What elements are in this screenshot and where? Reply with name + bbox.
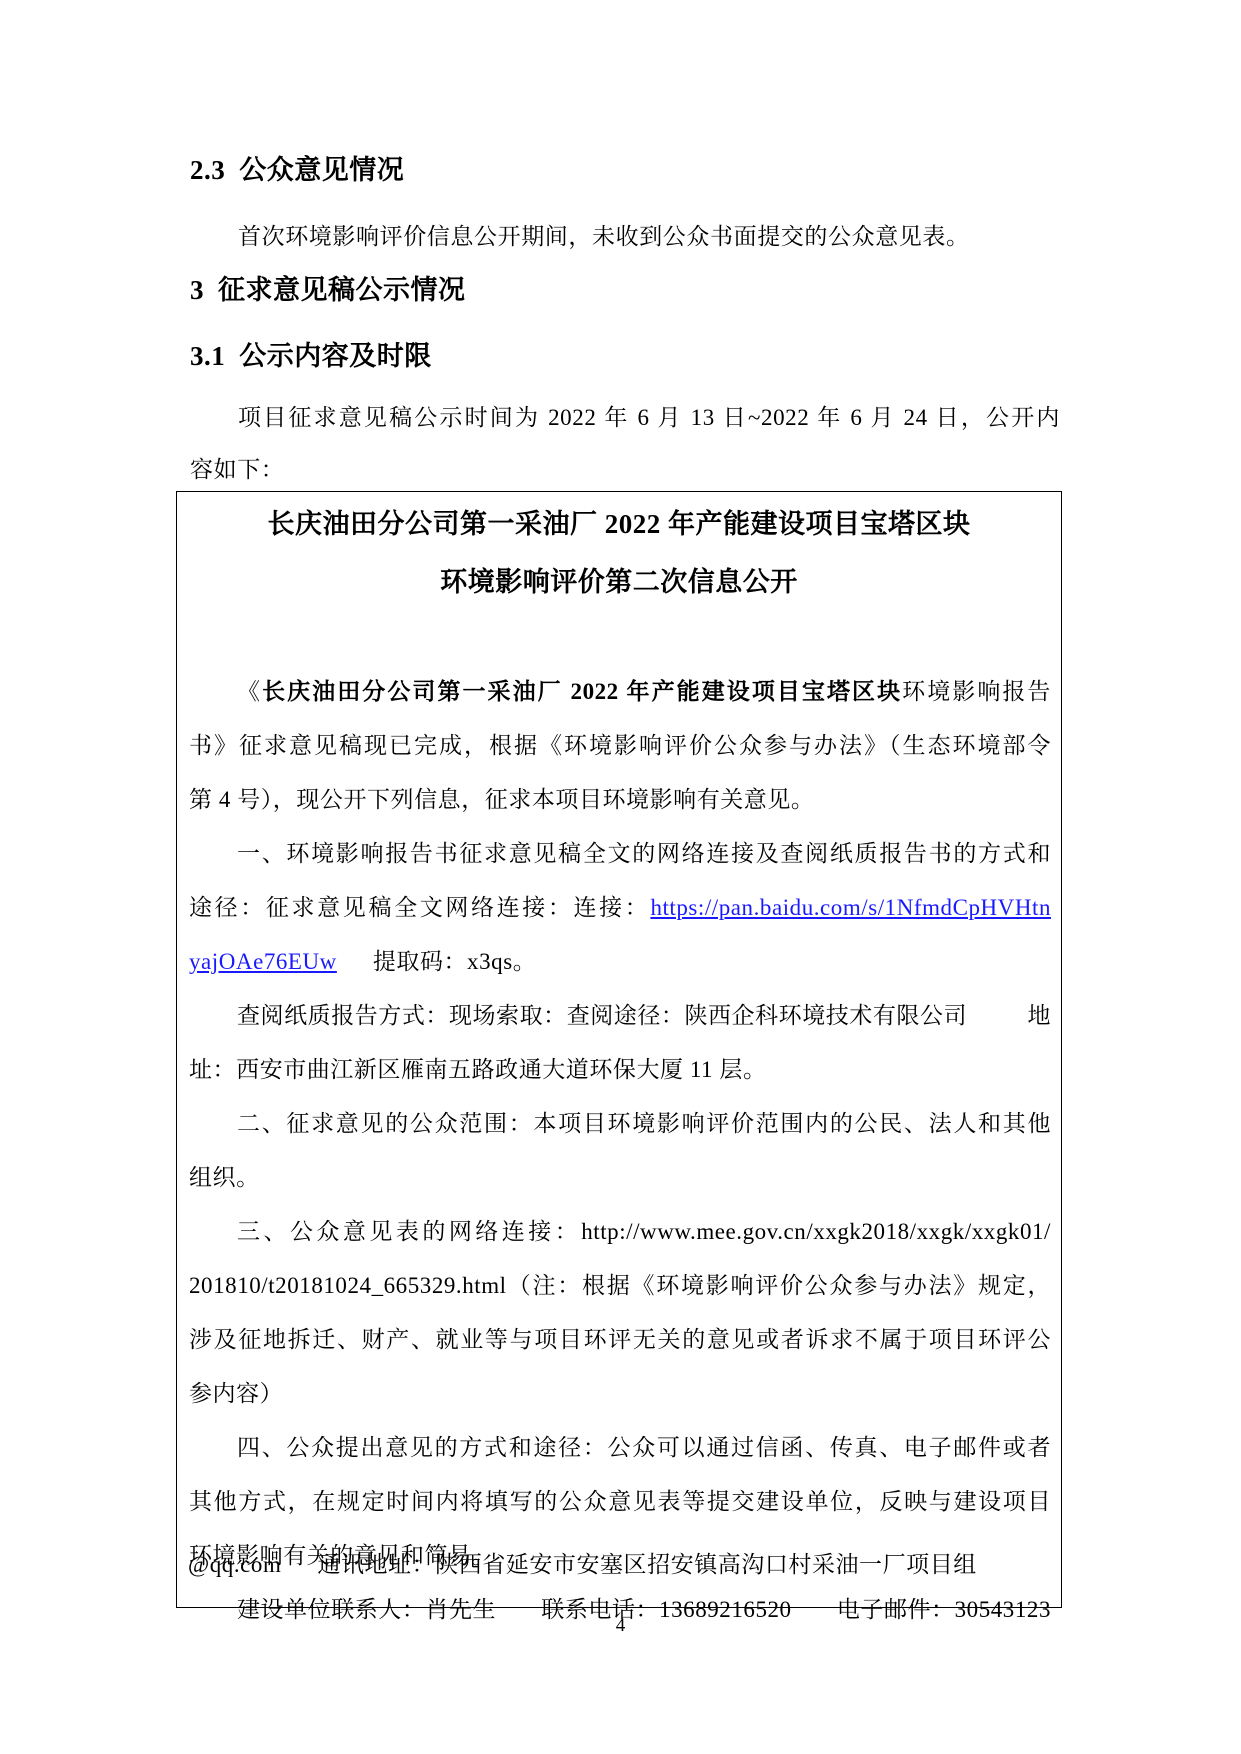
paper-report-line1: 查阅纸质报告方式：现场索取：查阅途径：陕西企科环境技术有限公司地	[189, 996, 1051, 1036]
project-name: 长庆油田分公司第一采油厂 2022 年产能建设项目宝塔区块	[262, 679, 902, 704]
notice-intro-line2: 书》征求意见稿现已完成，根据《环境影响评价公众参与办法》（生态环境部令	[189, 726, 1051, 766]
page-number: 4	[0, 1611, 1241, 1641]
item1-line1: 一、环境影响报告书征求意见稿全文的网络连接及查阅纸质报告书的方式和	[189, 834, 1051, 874]
section-heading-2-3: 2.3公众意见情况	[190, 150, 404, 190]
item2-line1: 二、征求意见的公众范围：本项目环境影响评价范围内的公民、法人和其他	[189, 1104, 1051, 1144]
item3-line4: 参内容）	[189, 1374, 1051, 1414]
report-download-link-part1[interactable]: https://pan.baidu.com/s/1NfmdCpHVHtn	[650, 895, 1051, 920]
paper-report-method: 查阅纸质报告方式：现场索取：查阅途径：陕西企科环境技术有限公司	[237, 996, 967, 1036]
section-title: 公众意见情况	[239, 155, 404, 185]
open-quote: 《	[237, 679, 262, 704]
item4-line2: 其他方式，在规定时间内将填写的公众意见表等提交建设单位，反映与建设项目	[189, 1482, 1051, 1522]
paper-report-line2: 址：西安市曲江新区雁南五路政通大道环保大厦 11 层。	[189, 1050, 1051, 1090]
notice-title-line1: 长庆油田分公司第一采油厂 2022 年产能建设项目宝塔区块	[177, 504, 1061, 544]
body-line: 容如下：	[190, 444, 1060, 496]
contact-email-suffix: @qq.com	[188, 1552, 281, 1577]
item1-line3: yajOAe76EUw提取码：x3qs。	[189, 942, 1051, 982]
notice-title-line2: 环境影响评价第二次信息公开	[177, 562, 1061, 602]
section-number: 3.1	[190, 341, 225, 371]
public-notice-box: 长庆油田分公司第一采油厂 2022 年产能建设项目宝塔区块 环境影响评价第二次信…	[176, 491, 1062, 1608]
report-download-link-part2[interactable]: yajOAe76EUw	[189, 949, 337, 974]
section-title: 征求意见稿公示情况	[218, 275, 466, 305]
section-3-1-body: 项目征求意见稿公示时间为 2022 年 6 月 13 日~2022 年 6 月 …	[190, 392, 1060, 496]
section-heading-3: 3征求意见稿公示情况	[190, 270, 466, 310]
item3-line2: 201810/t20181024_665329.html（注：根据《环境影响评价…	[189, 1266, 1051, 1306]
address-label-start: 地	[1027, 996, 1051, 1036]
item1-line2: 途径：征求意见稿全文网络连接：连接：https://pan.baidu.com/…	[189, 888, 1051, 928]
section-heading-3-1: 3.1公示内容及时限	[190, 336, 432, 376]
intro-tail: 环境影响报告	[902, 679, 1051, 704]
notice-intro-line1: 《长庆油田分公司第一采油厂 2022 年产能建设项目宝塔区块环境影响报告	[189, 672, 1051, 712]
document-page: 2.3公众意见情况 首次环境影响评价信息公开期间，未收到公众书面提交的公众意见表…	[0, 0, 1241, 1754]
body-line: 项目征求意见稿公示时间为 2022 年 6 月 13 日~2022 年 6 月 …	[190, 392, 1060, 444]
section-number: 2.3	[190, 155, 225, 185]
item3-line3: 涉及征地拆迁、财产、就业等与项目环评无关的意见或者诉求不属于项目环评公	[189, 1320, 1051, 1360]
section-title: 公示内容及时限	[239, 341, 432, 371]
notice-intro-line3: 第 4 号），现公开下列信息，征求本项目环境影响有关意见。	[189, 780, 1051, 820]
section-number: 3	[190, 275, 204, 305]
section-2-3-body: 首次环境影响评价信息公开期间，未收到公众书面提交的公众意见表。	[190, 211, 1060, 263]
item2-line2: 组织。	[189, 1158, 1051, 1198]
item4-line1: 四、公众提出意见的方式和途径：公众可以通过信函、传真、电子邮件或者	[189, 1428, 1051, 1468]
item1-link-prefix: 途径：征求意见稿全文网络连接：连接：	[189, 895, 650, 920]
item3-line1: 三、公众意见表的网络连接：http://www.mee.gov.cn/xxgk2…	[189, 1212, 1051, 1252]
contact-address: 通讯地址：陕西省延安市安塞区招安镇高沟口村采油一厂项目组	[317, 1552, 976, 1577]
extract-code: 提取码：x3qs。	[373, 949, 536, 974]
contact-line2: @qq.com通讯地址：陕西省延安市安塞区招安镇高沟口村采油一厂项目组	[188, 1545, 1050, 1585]
